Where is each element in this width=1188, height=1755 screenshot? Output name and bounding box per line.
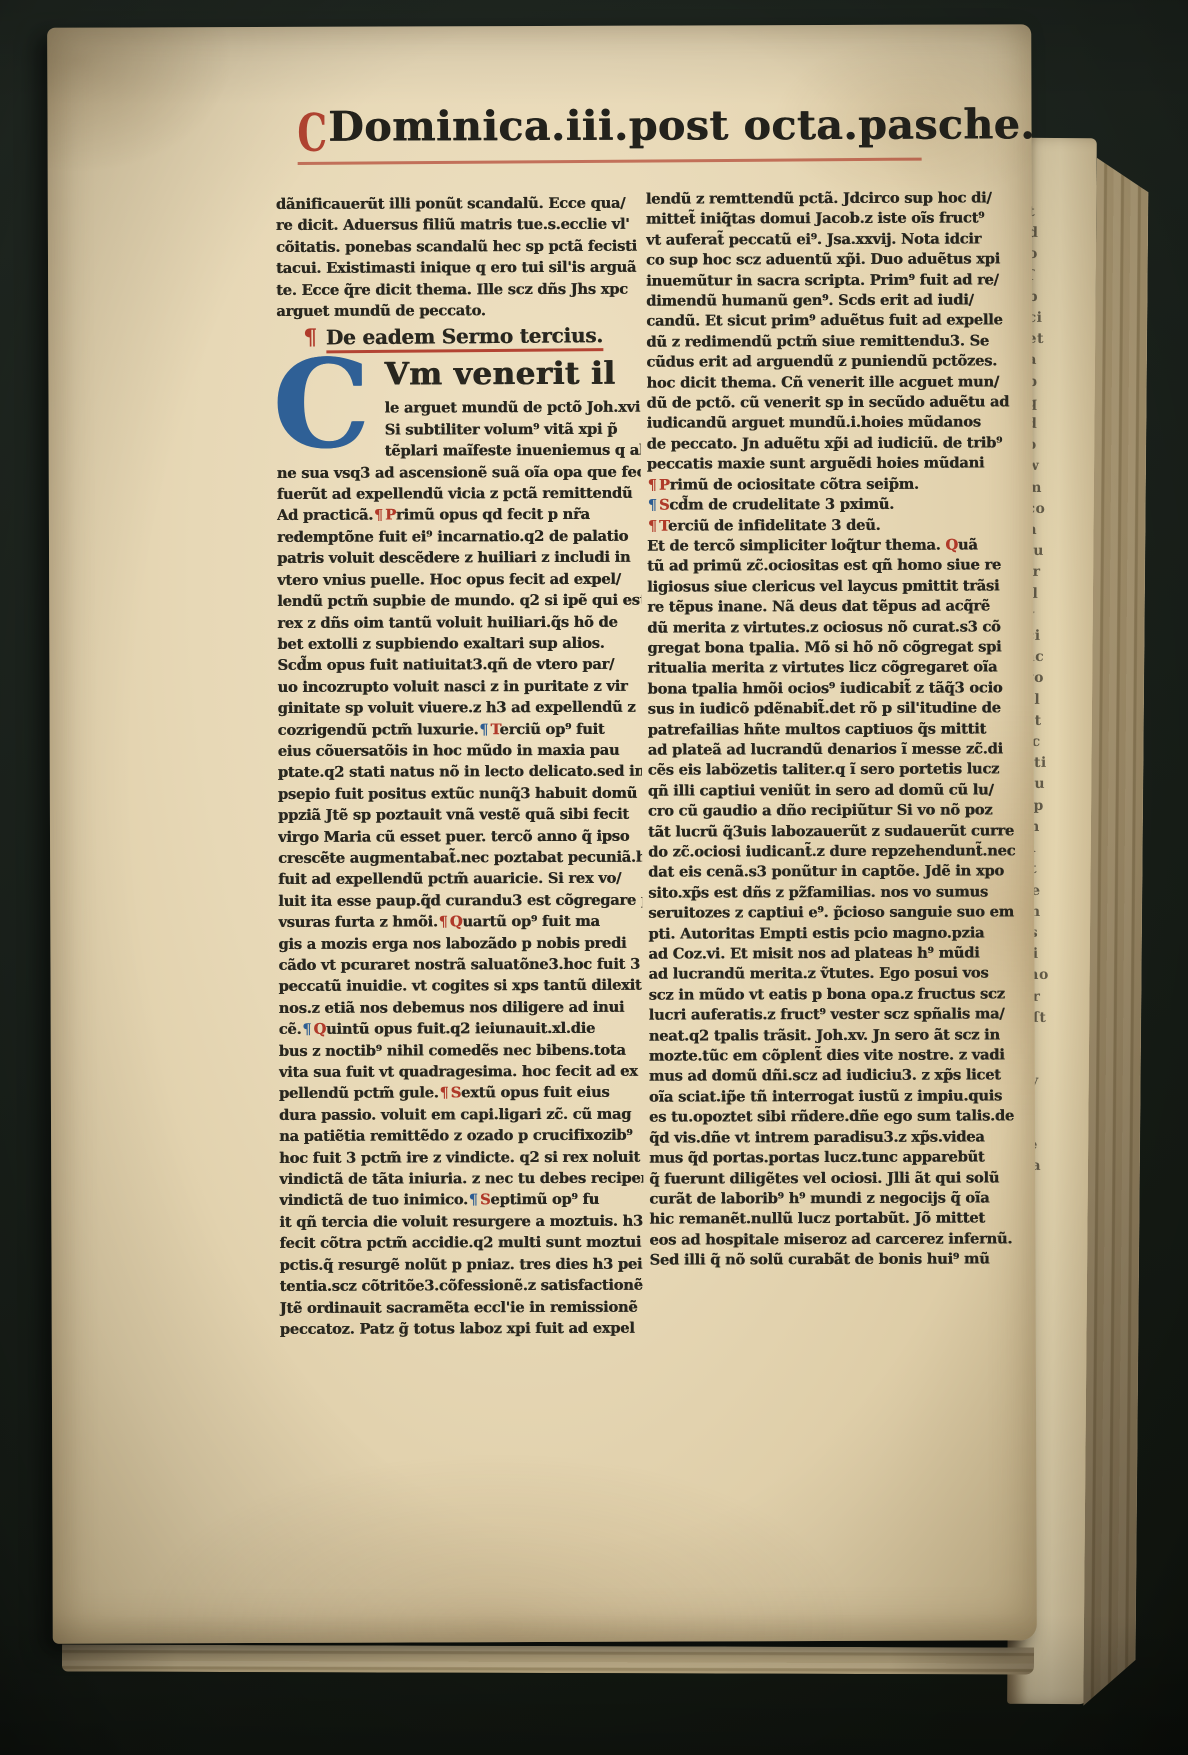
- text-line: oĩa sciat.ip̃e tñ interrogat iustũ z imp…: [649, 1086, 1019, 1108]
- text-line: re tẽpus inane. Nã deus dat tẽpus ad acq…: [647, 596, 1017, 618]
- text-line: o: [1028, 244, 1090, 266]
- text-line: vt auferat̃ peccatũ ei⁹. Jsa.xxvij. Nota…: [646, 229, 1016, 251]
- text-line: te. Ecce q̃re dicit thema. Ille scz dñs …: [276, 278, 640, 301]
- text-line: pellendũ pctm̃ gule.¶Sextũ opus fuit eiu…: [279, 1082, 643, 1105]
- paraph-icon: ¶: [648, 497, 657, 514]
- text-line: lucri auferatis.z fruct⁹ vester scz spña…: [649, 1005, 1019, 1027]
- text-line: ci: [1028, 308, 1090, 330]
- text-line: le arguet mundũ de pctõ Joh.xvi: [384, 397, 640, 419]
- rubric-paraph-icon: C: [297, 103, 327, 164]
- text-line: pti. Autoritas Empti estis pcio magno.pz…: [648, 923, 1018, 945]
- text-line: dimendũ humanũ gen⁹. Scds erit ad iudi/: [646, 290, 1016, 312]
- text-line: sus in iudicõ pdẽnabit̃.det rõ p sil'itu…: [648, 698, 1018, 720]
- text-line: cl: [1025, 690, 1087, 712]
- text-line: vsuras furta z hmõi.¶Quartũ op⁹ fuit ma: [278, 911, 642, 934]
- text-line: b: [1028, 287, 1090, 309]
- paraph-icon: ¶: [479, 721, 488, 738]
- text-line: au: [1025, 774, 1087, 796]
- text-line: tẽplari maĩfeste inueniemus q ab incarna…: [385, 440, 641, 462]
- illuminated-initial: C: [276, 358, 377, 446]
- text-line: ci: [1026, 626, 1088, 648]
- text-line: q̃ fuerunt diligẽtes vel ociosi. Jlli ãt…: [649, 1168, 1019, 1190]
- text-line: bet extolli z supbiendo exaltari sup ali…: [277, 633, 641, 656]
- text-line: v: [1026, 605, 1088, 627]
- text-line: eius cõuersatõis in hoc mũdo in maxia pa…: [278, 740, 642, 763]
- text-line: luit ita esse paup.q̃d curandu3 est cõgr…: [278, 889, 642, 912]
- text-line: Sed illi q̃ nõ solũ curabãt de bonis hui…: [649, 1249, 1019, 1271]
- text-line: rex z dñs oim tantũ voluit huiliari.q̃s …: [277, 611, 641, 634]
- text-line: re dicit. Aduersus filiũ matris tue.s.ec…: [276, 214, 640, 237]
- text-line: cro cũ gaudio a dño recipiũtur Si vo nõ …: [648, 801, 1018, 823]
- text-line: vo: [1025, 668, 1087, 690]
- text-line: ſ: [1028, 265, 1090, 287]
- text-line: dũ de pctõ. cũ venerit sp in secũdo aduẽ…: [646, 392, 1016, 414]
- text-line: co sup hoc scz aduentũ xp̃i. Duo aduẽtus…: [646, 250, 1016, 272]
- text-line: mozte.tũc em cõplent̃ dies vite nostre. …: [649, 1045, 1019, 1067]
- paraph-icon: ¶: [374, 507, 383, 524]
- text-line: peccatoz. Patz g̃ totus laboz xpi fuit a…: [280, 1318, 644, 1341]
- text-line: Jtẽ ordinauit sacramẽta eccl'ie in remis…: [280, 1296, 644, 1319]
- paraph-icon: ¶: [469, 1192, 478, 1209]
- paraph-icon: ¶: [302, 1021, 311, 1038]
- paraph-icon: ¶: [439, 914, 448, 931]
- text-line: es tu.opoztet sibi rñdere.dñe ego sum ta…: [649, 1107, 1019, 1129]
- paraph-icon: ¶: [648, 476, 657, 493]
- text-line: xp: [1025, 796, 1087, 818]
- text-line: hic remanẽt.nullũ lucz portabũt. Jõ mitt…: [649, 1209, 1019, 1231]
- text-line: cozrigendũ pctm̃ luxurie.¶Terciũ op⁹ fui…: [278, 718, 642, 741]
- book-bottom-edges: [62, 1644, 1034, 1674]
- text-line: ad Coz.vi. Et misit nos ad plateas h⁹ mũ…: [648, 943, 1018, 965]
- text-line: cũdus erit ad arguendũ z puniendũ pctõze…: [646, 352, 1016, 374]
- text-line: Ad practicã.¶Primũ opus qd fecit p nr̃a: [277, 504, 641, 527]
- text-line: ritualia merita z virtutes licz cõgregar…: [647, 658, 1017, 680]
- text-line: qñ illi captiui veniũt in sero ad domũ c…: [648, 780, 1018, 802]
- text-line: uo incozrupto voluit nasci z in puritate…: [277, 675, 641, 698]
- paraph-icon: ¶: [648, 517, 657, 534]
- text-line: cẽs eis labözetis taliter.q ĩ sero porte…: [648, 760, 1018, 782]
- text-line: o: [1027, 435, 1089, 457]
- text-line: scz in mũdo vt eatis p bona opa.z fructu…: [649, 984, 1019, 1006]
- text-line: fr: [1026, 562, 1088, 584]
- text-line: iudicandũ arguet mundũ.i.hoies mũdanos: [647, 413, 1017, 435]
- text-line: de peccato. Jn aduẽtu xp̃i ad iudiciũ. d…: [647, 433, 1017, 455]
- text-line: q̃d vis.dñe vt intrem paradisu3.z xp̃s.v…: [649, 1127, 1019, 1149]
- text-line: ptate.q2 stati natus nõ in lecto delicat…: [278, 761, 642, 784]
- text-line: inuemũtur in sacra scripta. Prim⁹ fuit a…: [646, 270, 1016, 292]
- text-line: ginitate sp voluit viuere.z h3 ad expell…: [278, 697, 642, 720]
- text-line: curãt de laborib⁹ h⁹ mundi z negocijs q̃…: [649, 1188, 1019, 1210]
- left-column: dãnificauerũt illi ponũt scandalũ. Ecce …: [276, 193, 644, 1341]
- text-line: dũ z redimendũ pctm̃ siue remittendu3. S…: [646, 331, 1016, 353]
- text-line: fecit cõtra pctm̃ accidie.q2 multi sunt …: [279, 1232, 643, 1255]
- page-title: Dominica.iii.post octa.pasche.: [328, 100, 1035, 150]
- text-line: na patiẽtia remittẽdo z ozado p crucifix…: [279, 1125, 643, 1148]
- text-line: psepio fuit positus extũc nunq̃3 habuit …: [278, 782, 642, 805]
- text-line: dãnificauerũt illi ponũt scandalũ. Ecce …: [276, 193, 640, 216]
- text-line: co: [1026, 499, 1088, 521]
- text-line: mus ad domũ dñi.scz ad iudiciu3. z xp̃s …: [649, 1066, 1019, 1088]
- text-line: cẽ.¶Quintũ opus fuit.q2 ieiunauit.xl.die: [279, 1018, 643, 1041]
- text-line: patris voluit descẽdere z huiliari z inc…: [277, 547, 641, 570]
- text-line: ſl: [1026, 583, 1088, 605]
- text-line: bona tpalia hmõi ocios⁹ iudicabit̃ z tãq…: [647, 678, 1017, 700]
- text-line: p: [1027, 371, 1089, 393]
- text-line: eos ad hospitale miseroz ad carcerez inf…: [649, 1229, 1019, 1251]
- text-line: n: [1026, 520, 1088, 542]
- text-line: mittet̃ iniq̃tas domui Jacob.z iste oĩs …: [646, 209, 1016, 231]
- text-line: dura passio. voluit em capi.ligari zc̃. …: [279, 1103, 643, 1126]
- text-line: cõitatis. ponebas scandalũ hec sp pctã f…: [276, 235, 640, 258]
- text-line: Scd̃m opus fuit natiuitat3.qñ de vtero p…: [277, 654, 641, 677]
- text-line: crescẽte augmentabat̃.nec poztabat pecun…: [278, 847, 642, 870]
- text-line: tacui. Existimasti inique q ero tui sil'…: [276, 257, 640, 280]
- text-line: ¶Primũ de ociositate cõtra seip̃m.: [647, 474, 1017, 496]
- text-line: seruitozes z captiui e⁹. p̃cioso sanguie…: [648, 903, 1018, 925]
- text-line: et: [1027, 329, 1089, 351]
- text-line: fuit ad expellendũ pctm̃ auaricie. Si re…: [278, 868, 642, 891]
- text-line: tãt lucrũ q̃3uis labozauerũt z sudauerũt…: [648, 821, 1018, 843]
- text-line: hoc fuit 3 pctm̃ ire z vindicte. q2 si r…: [279, 1146, 643, 1169]
- text-line: nos.z etiã nos debemus nos diligere ad i…: [279, 996, 643, 1019]
- text-line: gregat bona tpalia. Mõ si hõ nõ cõgregat…: [647, 637, 1017, 659]
- text-line: a: [1027, 350, 1089, 372]
- text-line: lendũ pctm̃ supbie de mundo. q2 si ipẽ q…: [277, 590, 641, 613]
- text-line: dat eis cenã.s3 ponũtur in captõe. Jdẽ i…: [648, 862, 1018, 884]
- text-line: Et de tercõ simpliciter loq̃tur thema. Q…: [647, 535, 1017, 557]
- text-line: ac: [1026, 647, 1088, 669]
- text-line: tentia.scz cõtritõe3.cõfessionẽ.z satisf…: [280, 1275, 644, 1298]
- text-line: w: [1027, 456, 1089, 478]
- text-line: lendũ z remttendũ pctã. Jdcirco sup hoc …: [646, 188, 1016, 210]
- text-line: hoc dicit thema. Cñ venerit ille acguet …: [646, 372, 1016, 394]
- text-line: vindictã de tuo inimico.¶Septimũ op⁹ fu: [279, 1189, 643, 1212]
- text-line: patrefailias hñte multos captiuos q̃s mi…: [648, 719, 1018, 741]
- text-line: candũ. Et sicut prim⁹ aduẽtus fuit ad ex…: [646, 311, 1016, 333]
- sermon-opening: C Vm venerit il le arguet mundũ de pctõ …: [276, 351, 640, 441]
- running-title: C Dominica.iii.post octa.pasche.: [291, 96, 1035, 160]
- text-line: ¶Scd̃m de crudelitate 3 pximũ.: [647, 494, 1017, 516]
- text-line: gis a mozis erga nos labozãdo p nobis pr…: [278, 932, 642, 955]
- text-line: ¶Terciũ de infidelitate 3 deũ.: [647, 515, 1017, 537]
- text-line: peccatis maxie sunt arguẽdi hoies mũdani: [647, 454, 1017, 476]
- text-line: q: [1027, 393, 1089, 415]
- text-line: ſc: [1025, 732, 1087, 754]
- text-line: redemptõne fuit ei⁹ incarnatio.q2 de pal…: [277, 526, 641, 549]
- text-line: virgo Maria cũ esset puer. tercõ anno q̃…: [278, 825, 642, 848]
- right-column: lendũ z remttendũ pctã. Jdcirco sup hoc …: [646, 188, 1020, 1271]
- text-line: cãdo vt pcuraret nostrã saluatõne3.hoc f…: [278, 954, 642, 977]
- text-line: d: [1028, 223, 1090, 245]
- text-line: d: [1027, 414, 1089, 436]
- text-line: ad plateã ad lucrandũ denarios ĩ messe z…: [648, 739, 1018, 761]
- book-photo: tdoſbcietapqdowmcontufrſlvciacvocletſcct…: [0, 0, 1188, 1755]
- text-line: do zc̃.ociosi iudicant̃.z dure repzehend…: [648, 841, 1018, 863]
- text-line: m: [1027, 477, 1089, 499]
- text-line: Si subtiliter volum⁹ vitã xpi p̃: [385, 418, 641, 440]
- text-line: vita sua fuit vt quadragesima. hoc fecit…: [279, 1061, 643, 1084]
- text-line: ppziã Jtẽ sp poztauit vnã vestẽ quã sibi…: [278, 804, 642, 827]
- text-line: pctis.q̃ resurgẽ nolũt p pniaz. tres die…: [279, 1253, 643, 1276]
- left-body-lines: tẽplari maĩfeste inueniemus q ab incarna…: [277, 440, 644, 1340]
- text-line: sito.xp̃s est dñs z pz̃familias. nos vo …: [648, 882, 1018, 904]
- text-line: dũ merita z virtutes.z ociosus nõ curat.…: [647, 617, 1017, 639]
- text-line: fuerũt ad expellendũ vicia z pctã remitt…: [277, 483, 641, 506]
- text-line: tũ ad primũ zc̃.ociositas est qñ homo si…: [647, 556, 1017, 578]
- text-line: t: [1028, 202, 1090, 224]
- book-page: C Dominica.iii.post octa.pasche. dãnific…: [47, 24, 1037, 1643]
- text-line: cti: [1025, 753, 1087, 775]
- text-line: tu: [1026, 541, 1088, 563]
- text-line: it qñ tercia die voluit resurgere a mozt…: [279, 1211, 643, 1234]
- text-line: peccatũ inuidie. vt cogites si xps tantũ…: [278, 975, 642, 998]
- text-line: ad lucrandũ merita.z ṽtutes. Ego posui v…: [648, 964, 1018, 986]
- text-line: arguet mundũ de peccato.: [276, 300, 640, 323]
- text-line: mus q̃d portas.portas lucz.tunc apparebũ…: [649, 1147, 1019, 1169]
- text-line: bus z noctib⁹ nihil comedẽs nec bibens.t…: [279, 1039, 643, 1062]
- left-intro-lines: dãnificauerũt illi ponũt scandalũ. Ecce …: [276, 193, 640, 323]
- text-line: vindictã de tãta iniuria. z nec tu debes…: [279, 1168, 643, 1191]
- text-line: vtero vnius puelle. Hoc opus fecit ad ex…: [277, 568, 641, 591]
- text-line: neat.q2 tpalis trãsit. Joh.xv. Jn sero ã…: [649, 1025, 1019, 1047]
- text-line: et: [1025, 711, 1087, 733]
- paraph-icon: ¶: [440, 1085, 449, 1102]
- text-line: ligiosus siue clericus vel laycus pmitti…: [647, 576, 1017, 598]
